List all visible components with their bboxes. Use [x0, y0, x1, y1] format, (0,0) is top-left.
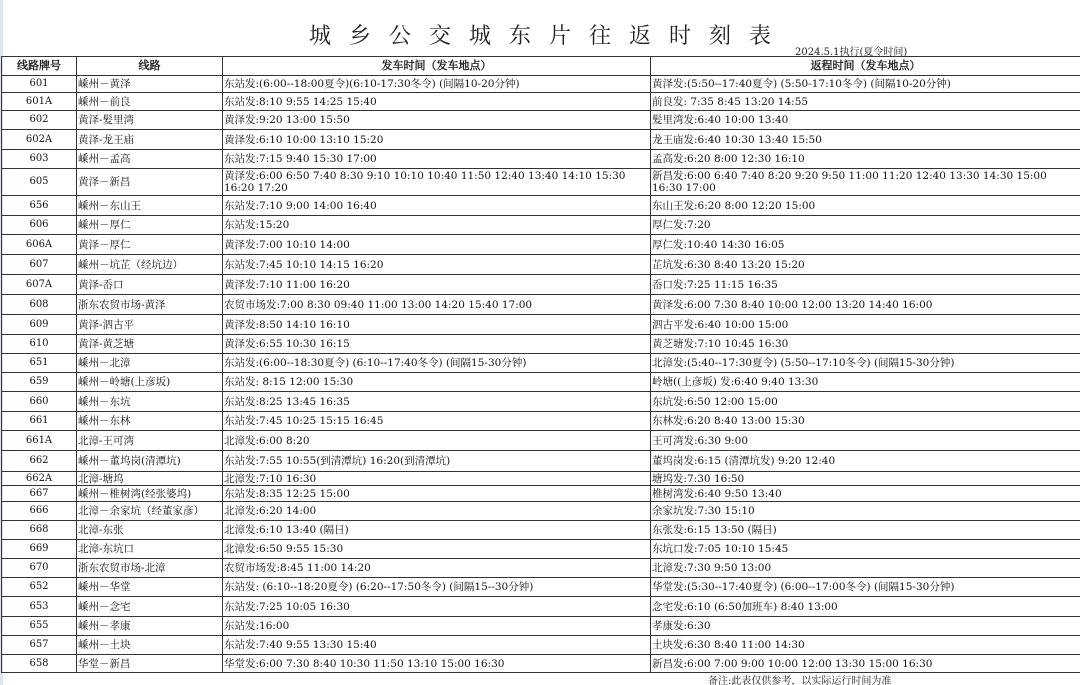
table-row: 651嵊州－北漳东站发:(6:00--18:30夏令) (6:10--17:40…	[2, 354, 1080, 373]
route-name-cell: 嵊州－董坞岗(清潭坑)	[77, 451, 223, 472]
outbound-times-cell: 东站发:7:10 9:00 14:00 16:40	[223, 196, 651, 216]
header-outbound-time: 发车时间（发车地点）	[223, 57, 651, 76]
route-code-cell: 661A	[2, 431, 77, 451]
route-name-cell: 黄泽-髪里湾	[77, 111, 223, 130]
return-times-cell: 念宅发:6:10 (6:50加班车) 8:40 13:00	[651, 597, 1080, 617]
outbound-times-cell: 北漳发:6:20 14:00	[223, 502, 651, 521]
route-code-cell: 659	[2, 373, 77, 392]
route-name-cell: 北漳-东张	[77, 521, 223, 540]
route-code-cell: 606	[2, 216, 77, 235]
outbound-times-cell: 北漳发:6:00 8:20	[223, 431, 651, 451]
table-row: 652嵊州－华堂东站发: (6:10--18:20夏令) (6:20--17:5…	[2, 578, 1080, 597]
outbound-times-cell: 东站发:7:15 9:40 15:30 17:00	[223, 150, 651, 169]
route-name-cell: 嵊州－东山王	[77, 196, 223, 216]
table-row: 659嵊州－岭塘(上彦坂)东站发: 8:15 12:00 15:30岭塘((上彦…	[2, 373, 1080, 392]
table-row: 610黄泽-黄芝塘黄泽发:6:55 10:30 16:15黄芝塘发:7:10 1…	[2, 335, 1080, 354]
header-return-time: 返程时间（发车地点）	[651, 57, 1080, 76]
route-code-cell: 603	[2, 150, 77, 169]
outbound-times-cell: 黄泽发:7:00 10:10 14:00	[223, 235, 651, 255]
table-row: 669北漳-东坑口北漳发:6:50 9:55 15:30东坑口发:7:05 10…	[2, 540, 1080, 559]
route-name-cell: 嵊州－孝康	[77, 617, 223, 636]
return-times-cell: 岭塘((上彦坂) 发:6:40 9:40 13:30	[651, 373, 1080, 392]
route-name-cell: 嵊州－孟高	[77, 150, 223, 169]
route-code-cell: 661	[2, 412, 77, 431]
return-times-cell: 黄泽发:6:00 7:30 8:40 10:00 12:00 13:20 14:…	[651, 295, 1080, 315]
table-row: 667嵊州－椎树湾(经张婆坞)东站发:8:35 12:25 15:00椎树湾发:…	[2, 486, 1080, 502]
route-code-cell: 651	[2, 354, 77, 373]
outbound-times-cell: 黄泽发:7:10 11:00 16:20	[223, 275, 651, 295]
return-times-cell: 髪里湾发:6:40 10:00 13:40	[651, 111, 1080, 130]
return-times-cell: 椎树湾发:6:40 9:50 13:40	[651, 486, 1080, 502]
return-times-cell: 东山王发:6:20 8:00 12:20 15:00	[651, 196, 1080, 216]
table-row: 668北漳-东张北漳发:6:10 13:40 (隔日)东张发:6:15 13:5…	[2, 521, 1080, 540]
route-code-cell: 657	[2, 636, 77, 655]
table-row: 661A北漳-王可湾北漳发:6:00 8:20王可湾发:6:30 9:00	[2, 431, 1080, 451]
outbound-times-cell: 东站发:7:45 10:25 15:15 16:45	[223, 412, 651, 431]
return-times-cell: 董坞岗发:6:15 (清潭坑发) 9:20 12:40	[651, 451, 1080, 472]
route-name-cell: 黄泽－厚仁	[77, 235, 223, 255]
table-row: 656嵊州－东山王东站发:7:10 9:00 14:00 16:40东山王发:6…	[2, 196, 1080, 216]
return-times-cell: 王可湾发:6:30 9:00	[651, 431, 1080, 451]
return-times-cell: 北漳发:7:30 9:50 13:00	[651, 559, 1080, 578]
header-route-code: 线路牌号	[2, 57, 77, 76]
outbound-times-cell: 东站发:7:55 10:55(到清潭坑) 16:20(到清潭坑)	[223, 451, 651, 472]
route-code-cell: 662	[2, 451, 77, 472]
route-name-cell: 北漳-塘坞	[77, 472, 223, 486]
route-code-cell: 656	[2, 196, 77, 216]
route-name-cell: 嵊州－土块	[77, 636, 223, 655]
return-times-cell: 龙王庙发:6:40 10:30 13:40 15:50	[651, 130, 1080, 150]
table-row: 606A黄泽－厚仁黄泽发:7:00 10:10 14:00厚仁发:10:40 1…	[2, 235, 1080, 255]
route-code-cell: 662A	[2, 472, 77, 486]
outbound-times-cell: 北漳发:7:10 16:30	[223, 472, 651, 486]
table-row: 660嵊州－东坑东站发:8:25 13:45 16:35东坑发:6:50 12:…	[2, 392, 1080, 412]
return-times-cell: 厚仁发:7:20	[651, 216, 1080, 235]
table-header-row: 线路牌号 线路 发车时间（发车地点） 返程时间（发车地点）	[2, 57, 1080, 76]
return-times-cell: 新昌发:6:00 6:40 7:40 8:20 9:20 9:50 11:00 …	[651, 169, 1080, 196]
outbound-times-cell: 黄泽发:6:55 10:30 16:15	[223, 335, 651, 354]
outbound-times-cell: 东站发:8:25 13:45 16:35	[223, 392, 651, 412]
return-times-cell: 孝康发:6:30	[651, 617, 1080, 636]
route-code-cell: 605	[2, 169, 77, 196]
route-code-cell: 653	[2, 597, 77, 617]
route-code-cell: 669	[2, 540, 77, 559]
route-code-cell: 652	[2, 578, 77, 597]
route-name-cell: 嵊州－黄泽	[77, 76, 223, 93]
return-times-cell: 东坑发:6:50 12:00 15:00	[651, 392, 1080, 412]
route-name-cell: 嵊州－坑芷（经坑边）	[77, 255, 223, 275]
footer-note: 备注:此表仅供参考，以实际运行时间为准	[708, 672, 891, 685]
route-name-cell: 嵊州－厚仁	[77, 216, 223, 235]
route-code-cell: 668	[2, 521, 77, 540]
page-title: 城乡公交城东片往返时刻表	[0, 19, 1080, 50]
table-row: 606嵊州－厚仁东站发:15:20厚仁发:7:20	[2, 216, 1080, 235]
outbound-times-cell: 华堂发:6:00 7:30 8:40 10:30 11:50 13:10 15:…	[223, 655, 651, 673]
route-code-cell: 670	[2, 559, 77, 578]
return-times-cell: 芷坑发:6:30 8:40 13:20 15:20	[651, 255, 1080, 275]
table-row: 670浙东农贸市场-北漳农贸市场发:8:45 11:00 14:20北漳发:7:…	[2, 559, 1080, 578]
route-code-cell: 602	[2, 111, 77, 130]
route-code-cell: 666	[2, 502, 77, 521]
route-name-cell: 黄泽-岙口	[77, 275, 223, 295]
route-name-cell: 嵊州－东坑	[77, 392, 223, 412]
outbound-times-cell: 东站发:15:20	[223, 216, 651, 235]
table-row: 602A黄泽-龙王庙黄泽发:6:10 10:00 13:10 15:20龙王庙发…	[2, 130, 1080, 150]
return-times-cell: 东张发:6:15 13:50 (隔日)	[651, 521, 1080, 540]
table-row: 661嵊州－东林东站发:7:45 10:25 15:15 16:45东林发:6:…	[2, 412, 1080, 431]
outbound-times-cell: 东站发:(6:00--18:00夏令)(6:10-17:30冬令) (间隔10-…	[223, 76, 651, 93]
route-name-cell: 嵊州－东林	[77, 412, 223, 431]
table-row: 607A黄泽-岙口黄泽发:7:10 11:00 16:20岙口发:7:25 11…	[2, 275, 1080, 295]
route-code-cell: 658	[2, 655, 77, 673]
outbound-times-cell: 东站发:8:35 12:25 15:00	[223, 486, 651, 502]
route-code-cell: 608	[2, 295, 77, 315]
route-name-cell: 黄泽-龙王庙	[77, 130, 223, 150]
route-name-cell: 嵊州－念宅	[77, 597, 223, 617]
return-times-cell: 厚仁发:10:40 14:30 16:05	[651, 235, 1080, 255]
outbound-times-cell: 东站发:7:45 10:10 14:15 16:20	[223, 255, 651, 275]
return-times-cell: 新昌发:6:00 7:00 9:00 10:00 12:00 13:30 15:…	[651, 655, 1080, 673]
route-code-cell: 607A	[2, 275, 77, 295]
table-row: 657嵊州－土块东站发:7:40 9:55 13:30 15:40土块发:6:3…	[2, 636, 1080, 655]
return-times-cell: 东林发:6:20 8:40 13:00 15:30	[651, 412, 1080, 431]
outbound-times-cell: 东站发: 8:15 12:00 15:30	[223, 373, 651, 392]
table-row: 666北漳－余家坑（经董家彦）北漳发:6:20 14:00余家坑发:7:30 1…	[2, 502, 1080, 521]
return-times-cell: 东坑口发:7:05 10:10 15:45	[651, 540, 1080, 559]
route-name-cell: 嵊州－椎树湾(经张婆坞)	[77, 486, 223, 502]
route-name-cell: 华堂－新昌	[77, 655, 223, 673]
route-name-cell: 嵊州－岭塘(上彦坂)	[77, 373, 223, 392]
return-times-cell: 前良发: 7:35 8:45 13:20 14:55	[651, 93, 1080, 111]
route-name-cell: 北漳-东坑口	[77, 540, 223, 559]
outbound-times-cell: 北漳发:6:50 9:55 15:30	[223, 540, 651, 559]
return-times-cell: 北漳发:(5:40--17:30夏令) (5:50--17:10冬令) (间隔1…	[651, 354, 1080, 373]
outbound-times-cell: 东站发:16:00	[223, 617, 651, 636]
route-code-cell: 601	[2, 76, 77, 93]
route-name-cell: 浙东农贸市场-黄泽	[77, 295, 223, 315]
outbound-times-cell: 黄泽发:8:50 14:10 16:10	[223, 315, 651, 335]
table-row: 602黄泽-髪里湾黄泽发:9:20 13:00 15:50髪里湾发:6:40 1…	[2, 111, 1080, 130]
return-times-cell: 土块发:6:30 8:40 11:00 14:30	[651, 636, 1080, 655]
route-name-cell: 浙东农贸市场-北漳	[77, 559, 223, 578]
outbound-times-cell: 农贸市场发:8:45 11:00 14:20	[223, 559, 651, 578]
route-name-cell: 嵊州－华堂	[77, 578, 223, 597]
table-row: 609黄泽-泗古平黄泽发:8:50 14:10 16:10泗古平发:6:40 1…	[2, 315, 1080, 335]
return-times-cell: 孟高发:6:20 8:00 12:30 16:10	[651, 150, 1080, 169]
outbound-times-cell: 黄泽发:6:00 6:50 7:40 8:30 9:10 10:10 10:40…	[223, 169, 651, 196]
return-times-cell: 塘坞发:7:30 16:50	[651, 472, 1080, 486]
timetable: 线路牌号 线路 发车时间（发车地点） 返程时间（发车地点） 601嵊州－黄泽东站…	[1, 56, 1080, 673]
route-name-cell: 北漳－余家坑（经董家彦）	[77, 502, 223, 521]
route-code-cell: 609	[2, 315, 77, 335]
route-code-cell: 606A	[2, 235, 77, 255]
table-row: 605黄泽－新昌黄泽发:6:00 6:50 7:40 8:30 9:10 10:…	[2, 169, 1080, 196]
table-row: 608浙东农贸市场-黄泽农贸市场发:7:00 8:30 09:40 11:00 …	[2, 295, 1080, 315]
table-row: 658华堂－新昌华堂发:6:00 7:30 8:40 10:30 11:50 1…	[2, 655, 1080, 673]
route-code-cell: 655	[2, 617, 77, 636]
route-code-cell: 602A	[2, 130, 77, 150]
outbound-times-cell: 东站发: (6:10--18:20夏令) (6:20--17:50冬令) (间隔…	[223, 578, 651, 597]
header-route: 线路	[77, 57, 223, 76]
route-code-cell: 601A	[2, 93, 77, 111]
return-times-cell: 泗古平发:6:40 10:00 15:00	[651, 315, 1080, 335]
table-row: 662A北漳-塘坞北漳发:7:10 16:30塘坞发:7:30 16:50	[2, 472, 1080, 486]
outbound-times-cell: 东站发:8:10 9:55 14:25 15:40	[223, 93, 651, 111]
return-times-cell: 黄芝塘发:7:10 10:45 16:30	[651, 335, 1080, 354]
outbound-times-cell: 东站发:(6:00--18:30夏令) (6:10--17:40冬令) (间隔1…	[223, 354, 651, 373]
return-times-cell: 黄泽发:(5:50--17:40夏令) (5:50-17:10冬令) (间隔10…	[651, 76, 1080, 93]
route-code-cell: 610	[2, 335, 77, 354]
outbound-times-cell: 黄泽发:6:10 10:00 13:10 15:20	[223, 130, 651, 150]
route-code-cell: 667	[2, 486, 77, 502]
outbound-times-cell: 农贸市场发:7:00 8:30 09:40 11:00 13:00 14:20 …	[223, 295, 651, 315]
return-times-cell: 岙口发:7:25 11:15 16:35	[651, 275, 1080, 295]
route-name-cell: 嵊州－北漳	[77, 354, 223, 373]
outbound-times-cell: 东站发:7:25 10:05 16:30	[223, 597, 651, 617]
table-row: 662嵊州－董坞岗(清潭坑)东站发:7:55 10:55(到清潭坑) 16:20…	[2, 451, 1080, 472]
route-name-cell: 黄泽－新昌	[77, 169, 223, 196]
outbound-times-cell: 黄泽发:9:20 13:00 15:50	[223, 111, 651, 130]
return-times-cell: 华堂发:(5:30--17:40夏令) (6:00--17:00冬令) (间隔1…	[651, 578, 1080, 597]
outbound-times-cell: 北漳发:6:10 13:40 (隔日)	[223, 521, 651, 540]
table-row: 601嵊州－黄泽东站发:(6:00--18:00夏令)(6:10-17:30冬令…	[2, 76, 1080, 93]
table-row: 601A嵊州－前良东站发:8:10 9:55 14:25 15:40前良发: 7…	[2, 93, 1080, 111]
route-name-cell: 北漳-王可湾	[77, 431, 223, 451]
return-times-cell: 余家坑发:7:30 15:10	[651, 502, 1080, 521]
route-name-cell: 黄泽-黄芝塘	[77, 335, 223, 354]
outbound-times-cell: 东站发:7:40 9:55 13:30 15:40	[223, 636, 651, 655]
table-row: 607嵊州－坑芷（经坑边）东站发:7:45 10:10 14:15 16:20芷…	[2, 255, 1080, 275]
route-name-cell: 黄泽-泗古平	[77, 315, 223, 335]
table-row: 653嵊州－念宅东站发:7:25 10:05 16:30念宅发:6:10 (6:…	[2, 597, 1080, 617]
table-row: 603嵊州－孟高东站发:7:15 9:40 15:30 17:00孟高发:6:2…	[2, 150, 1080, 169]
route-code-cell: 660	[2, 392, 77, 412]
route-code-cell: 607	[2, 255, 77, 275]
table-row: 655嵊州－孝康东站发:16:00孝康发:6:30	[2, 617, 1080, 636]
timetable-body: 601嵊州－黄泽东站发:(6:00--18:00夏令)(6:10-17:30冬令…	[2, 76, 1080, 673]
route-name-cell: 嵊州－前良	[77, 93, 223, 111]
